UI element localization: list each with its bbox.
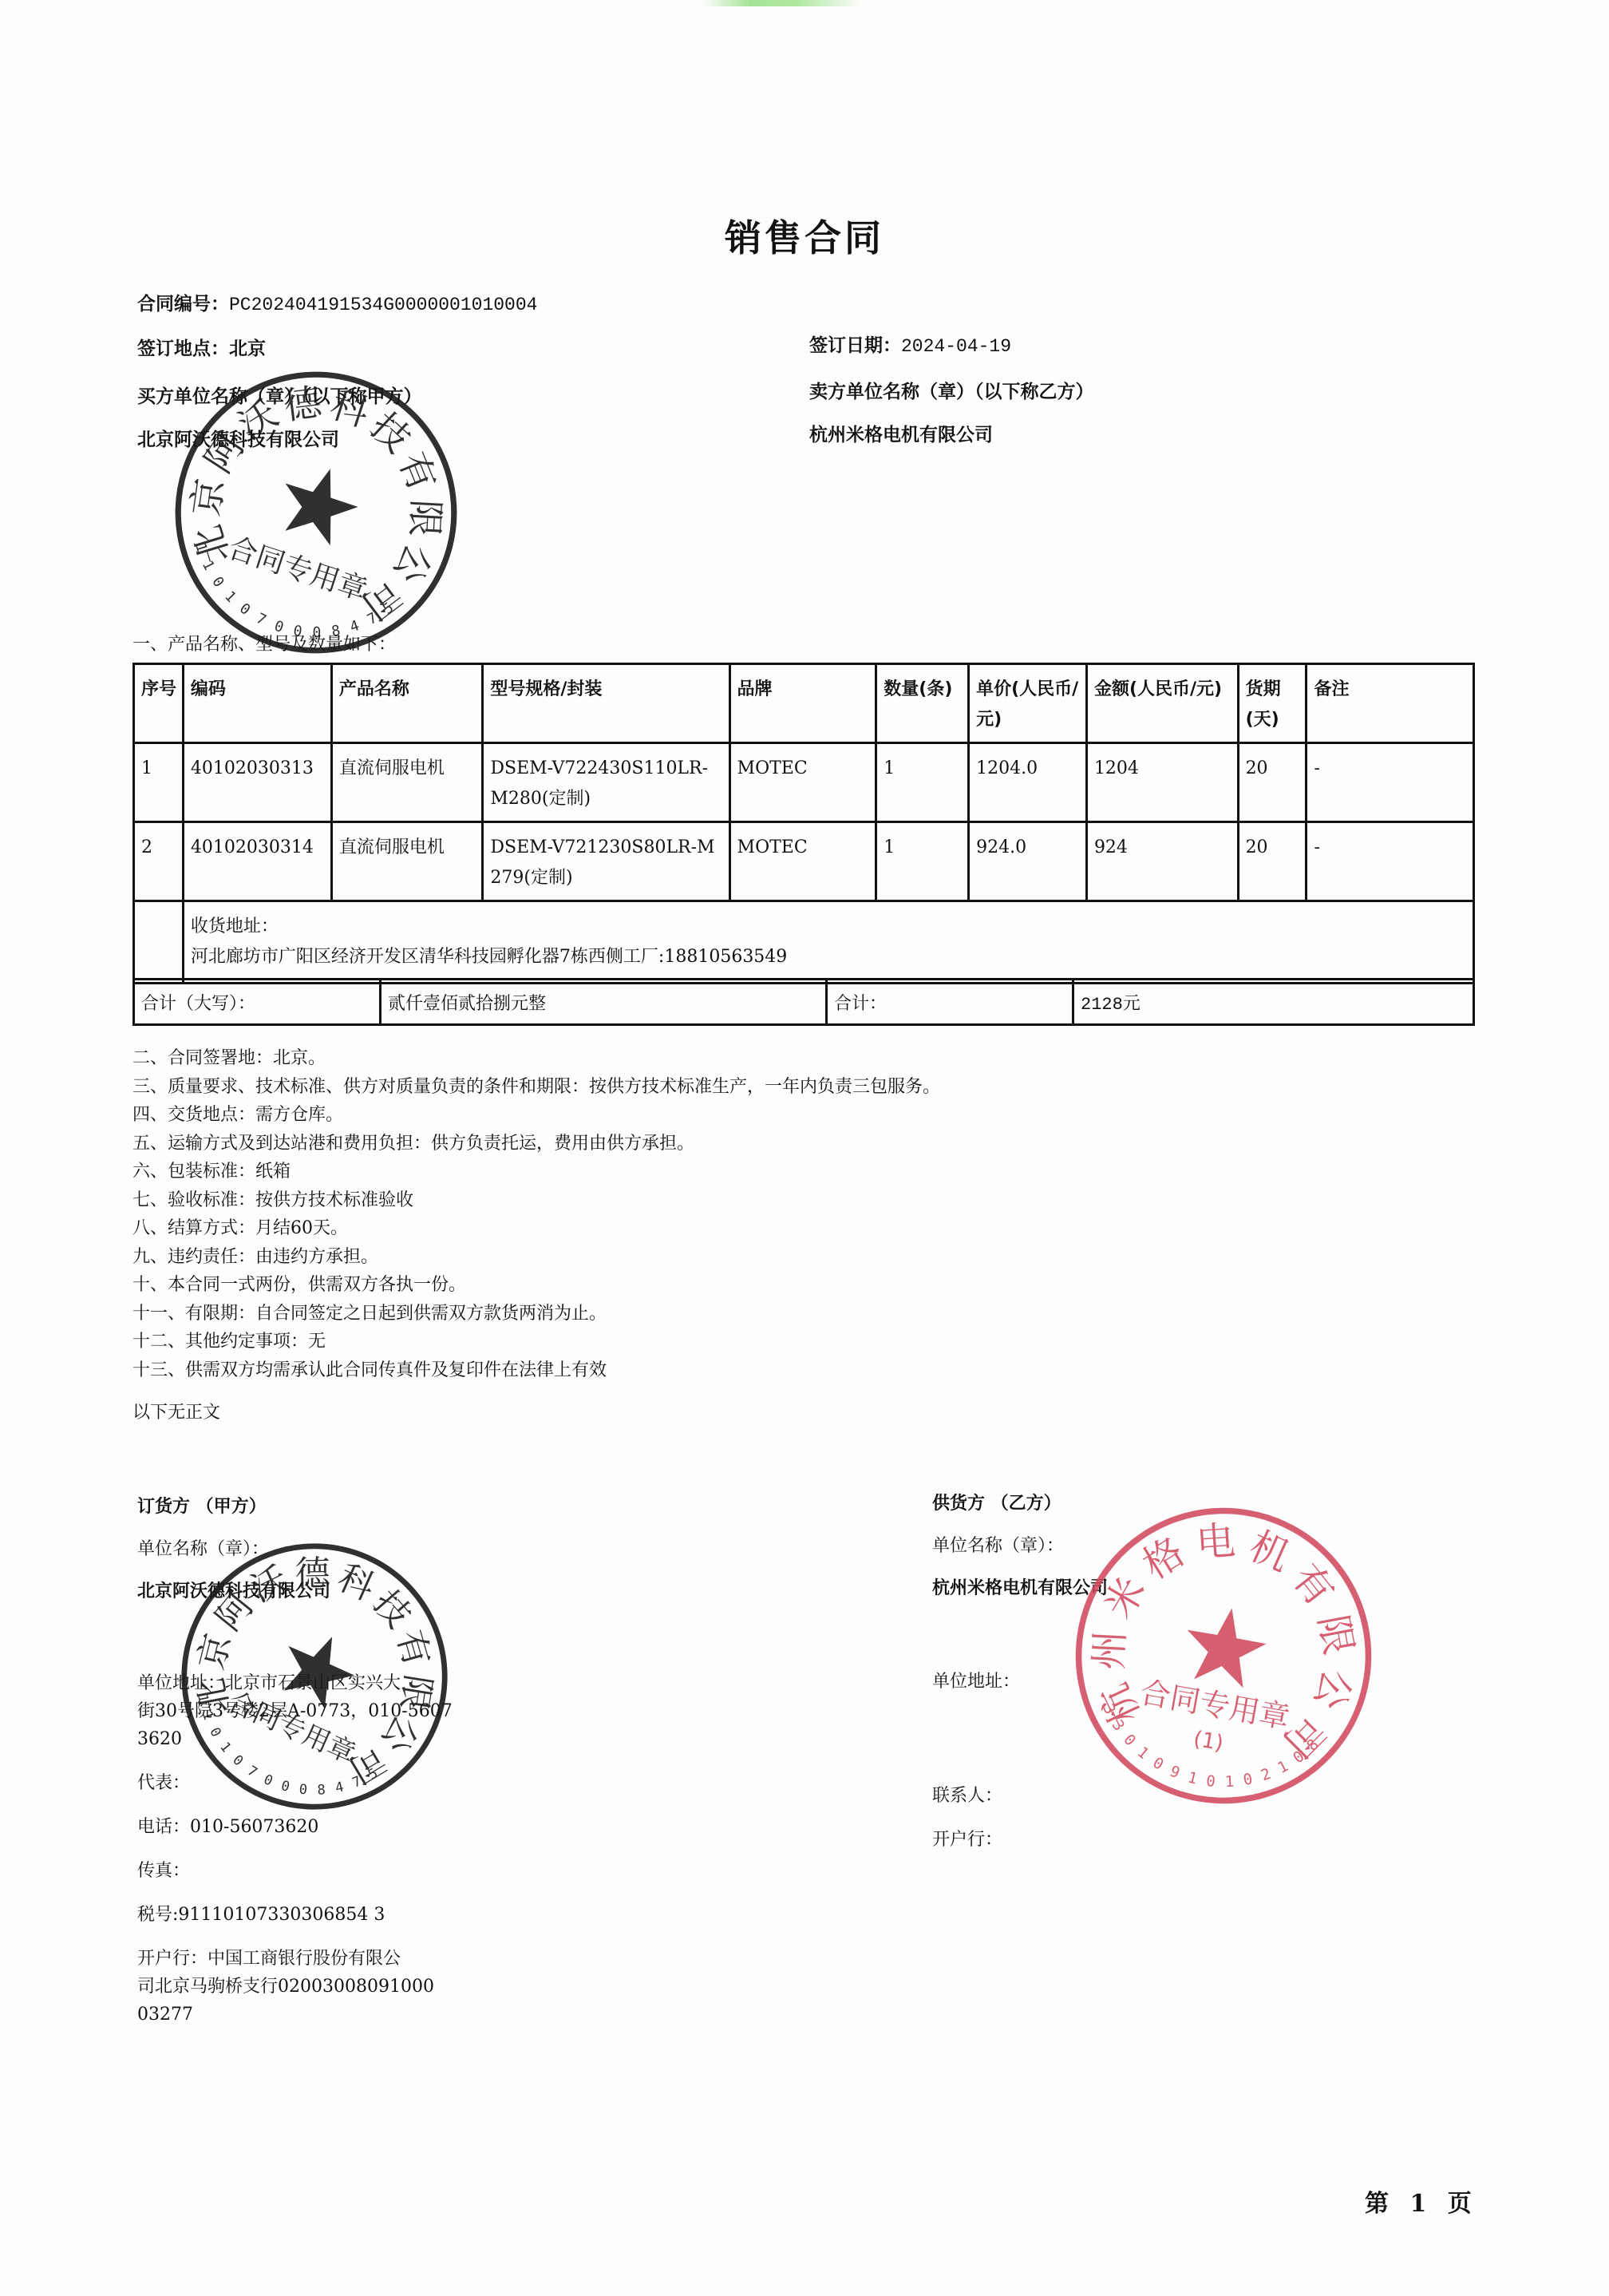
seller-address-label: 单位地址：: [932, 1668, 1108, 1696]
buyer-company-seal: 北京阿沃德科技有限公司合同专用章1101070008475: [172, 369, 460, 656]
header-code: 编码: [183, 664, 331, 743]
cell-name: 直流伺服电机: [331, 743, 483, 822]
buyer-address-line3: 3620: [137, 1725, 453, 1753]
svg-text:0: 0: [1120, 1731, 1139, 1749]
svg-text:合同专用章: 合同专用章: [1137, 1675, 1292, 1736]
term-item: 七、验收标准：按供方技术标准验收: [132, 1186, 940, 1215]
cell-unit-price: 1204.0: [969, 743, 1087, 822]
svg-text:0: 0: [1150, 1754, 1167, 1774]
cell-brand: MOTEC: [729, 743, 876, 822]
buyer-address-line2: 街30号院3号楼2层A-0773，010-5607: [137, 1697, 453, 1725]
svg-text:京: 京: [185, 476, 233, 519]
header-brand: 品牌: [729, 664, 876, 743]
buyer-bank-line2: 司北京马驹桥支行02003008091000: [137, 1973, 453, 2001]
seller-name: 杭州米格电机有限公司: [809, 420, 993, 446]
svg-text:司: 司: [354, 571, 409, 627]
svg-text:限: 限: [1310, 1611, 1362, 1658]
cell-amount: 924: [1086, 822, 1238, 901]
cell-unit-price: 924.0: [969, 822, 1087, 901]
sign-place-value: 北京: [229, 338, 266, 359]
svg-text:公: 公: [1305, 1664, 1361, 1715]
term-item: 八、结算方式：月结60天。: [132, 1214, 940, 1243]
buyer-tax-label: 税号:: [137, 1905, 178, 1925]
buyer-label: 买方单位名称（章）（以下称甲方）: [137, 382, 422, 408]
svg-text:7: 7: [365, 609, 380, 628]
svg-text:技: 技: [362, 405, 418, 461]
term-item: 十三、供需双方均需承认此合同传真件及复印件在法律上有效: [132, 1356, 940, 1385]
sign-date-value: 2024-04-19: [901, 336, 1011, 357]
cell-remark: -: [1307, 822, 1474, 901]
term-item: 十、本合同一式两份，供需双方各执一份。: [132, 1271, 940, 1300]
terms-list: 二、合同签署地：北京。 三、质量要求、技术标准、供方对质量负责的条件和期限：按供…: [132, 1044, 940, 1427]
svg-text:1: 1: [1275, 1757, 1291, 1777]
term-item: 五、运输方式及到达站港和费用负担：供方负责托运，费用由供方承担。: [132, 1130, 940, 1158]
header-seq: 序号: [134, 664, 184, 743]
svg-text:9: 9: [1167, 1763, 1182, 1783]
buyer-phone-label: 电话：: [137, 1817, 190, 1837]
buyer-bank-label: 开户行：: [137, 1949, 208, 1969]
header-amount: 金额(人民币/元): [1086, 664, 1238, 743]
cell-remark: -: [1307, 743, 1474, 822]
buyer-bank-line3: 03277: [137, 2001, 453, 2029]
buyer-fax-label: 传真：: [137, 1857, 453, 1885]
seller-unit-name-label: 单位名称（章）：: [932, 1532, 1108, 1560]
svg-text:电: 电: [1195, 1517, 1237, 1566]
header-lead-days: 货期(天): [1238, 664, 1307, 743]
delivery-cell: 收货地址： 河北廊坊市广阳区经济开发区清华科技园孵化器7栋西侧工厂:188105…: [183, 901, 1473, 984]
seller-company-seal: 杭州米格电机有限公司合同专用章(1)33010910102108: [1073, 1505, 1374, 1807]
contract-number-value: PC202404191534G0000001010004: [229, 295, 537, 315]
cell-seq: 2: [134, 822, 184, 901]
term-item: 六、包装标准：纸箱: [132, 1158, 940, 1186]
svg-text:1: 1: [1134, 1744, 1152, 1763]
seller-contact-label: 联系人：: [932, 1782, 1108, 1810]
page-number: 第 1 页: [1365, 2183, 1478, 2219]
header-unit-price: 单价(人民币/元): [969, 664, 1087, 743]
term-item: 四、交货地点：需方仓库。: [132, 1101, 940, 1130]
buyer-address-line1: 北京市石景山区实兴大: [225, 1673, 401, 1693]
svg-text:0: 0: [1242, 1770, 1254, 1789]
cell-model: DSEM-V722430S110LR-M280(定制): [483, 743, 729, 822]
section1-heading: 一、产品名称、型号及数量如下：: [132, 631, 396, 655]
total-label: 合计：: [827, 980, 1073, 1025]
svg-text:北: 北: [187, 520, 239, 568]
cell-brand: MOTEC: [729, 822, 876, 901]
term-item: 三、质量要求、技术标准、供方对质量负责的条件和期限：按供方技术标准生产，一年内负…: [132, 1073, 940, 1102]
term-item: 十二、其他约定事项：无: [132, 1328, 940, 1356]
sign-date: 签订日期：2024-04-19: [809, 331, 1011, 357]
cell-code: 40102030314: [183, 822, 331, 901]
svg-text:5: 5: [380, 600, 397, 618]
header-remark: 备注: [1307, 664, 1474, 743]
total-value: 2128元: [1073, 980, 1474, 1025]
buyer-tax-value: 91110107330306854 3: [178, 1905, 385, 1925]
seller-block-heading: 供货方 （乙方）: [932, 1490, 1108, 1518]
buyer-phone: 电话：010-56073620: [137, 1813, 453, 1841]
delivery-row: 收货地址： 河北廊坊市广阳区经济开发区清华科技园孵化器7栋西侧工厂:188105…: [134, 901, 1474, 984]
buyer-unit-name-label: 单位名称（章）：: [137, 1535, 453, 1563]
svg-text:合同专用章: 合同专用章: [224, 532, 371, 608]
svg-text:1: 1: [1186, 1768, 1199, 1787]
sign-date-label: 签订日期：: [809, 335, 901, 356]
sign-place: 签订地点：北京: [137, 334, 266, 360]
cell-qty: 1: [876, 743, 969, 822]
scan-edge-mark: [702, 0, 862, 6]
cell-amount: 1204: [1086, 743, 1238, 822]
term-item: 十一、有限期：自合同签定之日起到供需双方款货两消为止。: [132, 1300, 940, 1328]
term-item: 九、违约责任：由违约方承担。: [132, 1243, 940, 1272]
header-qty: 数量(条): [876, 664, 969, 743]
cell-lead-days: 20: [1238, 743, 1307, 822]
svg-text:0: 0: [236, 600, 253, 619]
document-title: 销售合同: [0, 209, 1609, 262]
total-upper-value: 贰仟壹佰贰拾捌元整: [381, 980, 827, 1025]
svg-text:1: 1: [221, 588, 239, 605]
seller-unit-name: 杭州米格电机有限公司: [932, 1574, 1108, 1602]
svg-text:限: 限: [401, 498, 446, 538]
delivery-address: 河北廊坊市广阳区经济开发区清华科技园孵化器7栋西侧工厂:18810563549: [191, 942, 1468, 972]
buyer-bank: 开户行：中国工商银行股份有限公: [137, 1945, 453, 1973]
cell-model: DSEM-V721230S80LR-M279(定制): [483, 822, 729, 901]
total-upper-label: 合计（大写）：: [134, 980, 381, 1025]
cell-seq: 1: [134, 743, 184, 822]
seller-bank-label: 开户行：: [932, 1826, 1108, 1854]
table-row: 1 40102030313 直流伺服电机 DSEM-V722430S110LR-…: [134, 743, 1474, 822]
total-table: 合计（大写）： 贰仟壹佰贰拾捌元整 合计： 2128元: [132, 978, 1475, 1026]
seller-signature-block: 供货方 （乙方） 单位名称（章）： 杭州米格电机有限公司 单位地址： 联系人： …: [932, 1490, 1108, 1854]
svg-text:8: 8: [1303, 1736, 1322, 1755]
svg-text:机: 机: [1243, 1522, 1297, 1581]
buyer-phone-value: 010-56073620: [190, 1817, 318, 1837]
end-note: 以下无正文: [132, 1399, 940, 1427]
header-model: 型号规格/封装: [483, 664, 729, 743]
svg-text:有: 有: [1283, 1555, 1343, 1615]
svg-text:有: 有: [389, 446, 444, 497]
svg-text:1: 1: [1224, 1773, 1234, 1791]
svg-text:0: 0: [208, 574, 227, 591]
items-table: 序号 编码 产品名称 型号规格/封装 品牌 数量(条) 单价(人民币/元) 金额…: [132, 663, 1475, 984]
delivery-label: 收货地址：: [191, 912, 1468, 942]
svg-text:0: 0: [1290, 1748, 1307, 1767]
cell-qty: 1: [876, 822, 969, 901]
table-row: 2 40102030314 直流伺服电机 DSEM-V721230S80LR-M…: [134, 822, 1474, 901]
seller-label: 卖方单位名称（章）（以下称乙方）: [809, 377, 1094, 403]
table-header-row: 序号 编码 产品名称 型号规格/封装 品牌 数量(条) 单价(人民币/元) 金额…: [134, 664, 1474, 743]
svg-text:0: 0: [1205, 1772, 1216, 1791]
buyer-tax: 税号:91110107330306854 3: [137, 1901, 453, 1929]
buyer-signature-block: 订货方 （甲方） 单位名称（章）： 北京阿沃德科技有限公司 单位地址：北京市石景…: [137, 1493, 453, 2029]
buyer-unit-name: 北京阿沃德科技有限公司: [137, 1578, 453, 1605]
svg-text:(1): (1): [1192, 1727, 1225, 1756]
cell-code: 40102030313: [183, 743, 331, 822]
buyer-bank-line1: 中国工商银行股份有限公: [208, 1949, 401, 1969]
svg-text:格: 格: [1135, 1528, 1192, 1588]
buyer-address: 单位地址：北京市石景山区实兴大: [137, 1669, 453, 1697]
buyer-block-heading: 订货方 （甲方）: [137, 1493, 453, 1521]
contract-number-label: 合同编号：: [137, 294, 229, 315]
buyer-name: 北京阿沃德科技有限公司: [137, 425, 339, 451]
term-item: 二、合同签署地：北京。: [132, 1044, 940, 1073]
svg-text:公: 公: [384, 536, 440, 590]
buyer-address-label: 单位地址：: [137, 1673, 225, 1693]
cell-name: 直流伺服电机: [331, 822, 483, 901]
svg-text:7: 7: [254, 610, 269, 629]
buyer-rep-label: 代表：: [137, 1769, 453, 1797]
contract-number: 合同编号：PC202404191534G0000001010004: [137, 289, 537, 315]
header-name: 产品名称: [331, 664, 483, 743]
svg-text:1: 1: [192, 541, 210, 555]
svg-text:司: 司: [1274, 1706, 1334, 1767]
sign-place-label: 签订地点：: [137, 338, 229, 359]
cell-lead-days: 20: [1238, 822, 1307, 901]
svg-text:2: 2: [1259, 1765, 1273, 1785]
svg-text:1: 1: [199, 558, 218, 573]
svg-text:3: 3: [1109, 1716, 1129, 1734]
